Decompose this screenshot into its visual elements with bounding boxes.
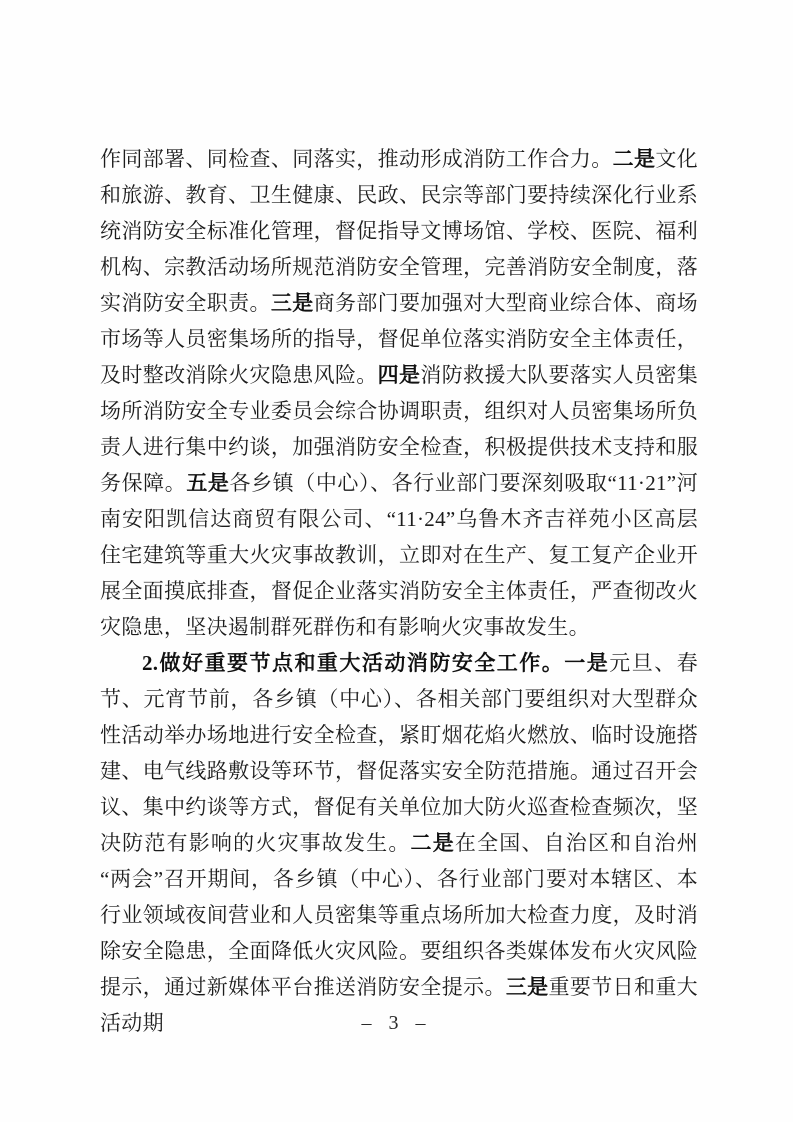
document-page: 作同部署、同检查、同落实，推动形成消防工作合力。二是文化和旅游、教育、卫生健康、… (0, 0, 793, 1122)
paragraph-continuation: 作同部署、同检查、同落实，推动形成消防工作合力。二是文化和旅游、教育、卫生健康、… (100, 141, 698, 645)
ordinal-marker-sanshi: 三是 (271, 291, 314, 315)
page-number: – 3 – (362, 1012, 432, 1034)
document-body: 作同部署、同检查、同落实，推动形成消防工作合力。二是文化和旅游、教育、卫生健康、… (100, 141, 698, 1041)
text-run: 各乡镇（中心）、各行业部门要深刻吸取“11·21”河南安阳凯信达商贸有限公司、“… (100, 471, 698, 639)
ordinal-marker-sanshi: 三是 (506, 975, 549, 999)
ordinal-marker-sishi: 四是 (378, 363, 421, 387)
text-run: 元旦、春节、元宵节前，各乡镇（中心）、各相关部门要组织对大型群众性活动举办场地进… (100, 651, 698, 855)
section-heading-run: 2.做好重要节点和重大活动消防安全工作。一是 (142, 651, 609, 675)
text-run: 作同部署、同检查、同落实，推动形成消防工作合力。 (100, 147, 613, 171)
page-footer: – 3 – (0, 1012, 793, 1035)
ordinal-marker-erchi: 二是 (411, 831, 455, 855)
text-run: 文化和旅游、教育、卫生健康、民政、民宗等部门要持续深化行业系统消防安全标准化管理… (100, 147, 698, 315)
paragraph-section-2: 2.做好重要节点和重大活动消防安全工作。一是元旦、春节、元宵节前，各乡镇（中心）… (100, 645, 698, 1041)
ordinal-marker-wushi: 五是 (186, 471, 229, 495)
ordinal-marker-erchi: 二是 (613, 147, 656, 171)
text-run: 在全国、自治区和自治州“两会”召开期间，各乡镇（中心）、各行业部门要对本辖区、本… (100, 831, 698, 999)
